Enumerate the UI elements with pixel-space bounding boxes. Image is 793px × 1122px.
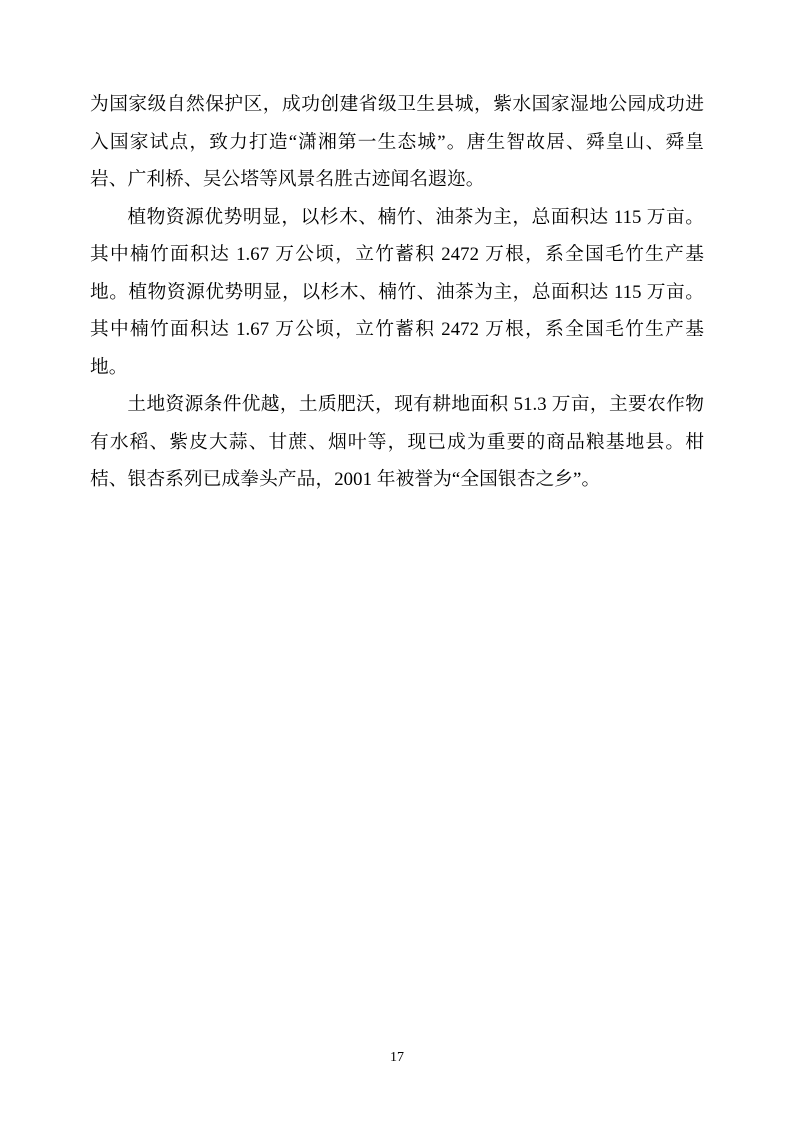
paragraph-continuation: 为国家级自然保护区，成功创建省级卫生县城，紫水国家湿地公园成功进入国家试点，致力… (90, 86, 704, 199)
paragraph-plant-resources: 植物资源优势明显，以杉木、楠竹、油茶为主，总面积达 115 万亩。其中楠竹面积达… (90, 199, 704, 387)
paragraph-land-resources: 土地资源条件优越，土质肥沃，现有耕地面积 51.3 万亩，主要农作物有水稻、紫皮… (90, 386, 704, 499)
document-body-text: 为国家级自然保护区，成功创建省级卫生县城，紫水国家湿地公园成功进入国家试点，致力… (90, 86, 704, 499)
page-number: 17 (390, 1050, 404, 1065)
document-page: 为国家级自然保护区，成功创建省级卫生县城，紫水国家湿地公园成功进入国家试点，致力… (0, 0, 793, 1122)
page-footer: 17 (90, 1049, 704, 1067)
